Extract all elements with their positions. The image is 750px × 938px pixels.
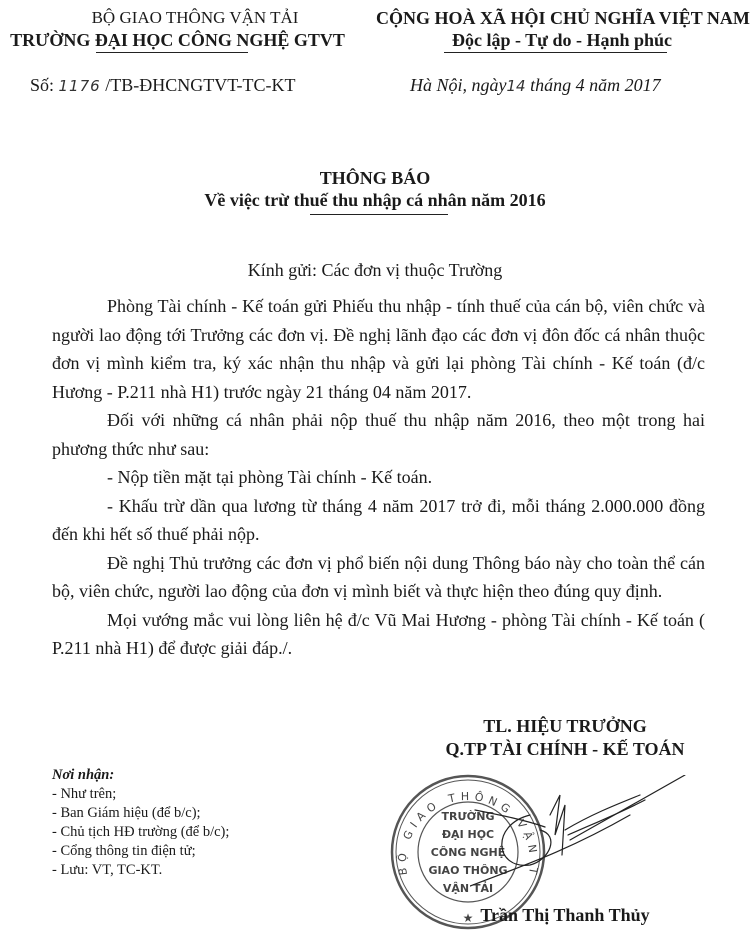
date-prefix: Hà Nội, ngày [410, 75, 507, 95]
paragraph-3: Đề nghị Thủ trưởng các đơn vị phổ biến n… [52, 549, 705, 606]
recipient-item: - Cổng thông tin điện tử; [52, 842, 229, 861]
signature-title-1: TL. HIỆU TRƯỞNG [395, 716, 735, 737]
paragraph-1: Phòng Tài chính - Kế toán gửi Phiếu thu … [52, 292, 705, 406]
doc-number-handwritten: 1176 [59, 77, 101, 95]
subtitle-divider [310, 214, 448, 215]
recipients-list: Nơi nhận: - Như trên; - Ban Giám hiệu (đ… [52, 766, 229, 880]
paragraph-2: Đối với những cá nhân phải nộp thuế thu … [52, 406, 705, 463]
header-right-divider [444, 52, 667, 53]
signature-title-2: Q.TP TÀI CHÍNH - KẾ TOÁN [395, 739, 735, 760]
recipient-item: - Ban Giám hiệu (để b/c); [52, 804, 229, 823]
header-left-divider [96, 52, 248, 53]
recipient-item: - Như trên; [52, 785, 229, 804]
payment-method-2: - Khấu trừ dần qua lương từ tháng 4 năm … [52, 492, 705, 549]
doc-number-prefix: Số: [30, 75, 59, 95]
recipient-item: - Lưu: VT, TC-KT. [52, 861, 229, 880]
recipients-heading: Nơi nhận: [52, 766, 229, 785]
signer-name: Trần Thị Thanh Thủy [395, 905, 735, 926]
school-name: TRƯỜNG ĐẠI HỌC CÔNG NGHỆ GTVT [0, 30, 355, 51]
handwritten-signature [470, 775, 690, 890]
salutation: Kính gửi: Các đơn vị thuộc Trường [0, 260, 750, 281]
national-motto: Độc lập - Tự do - Hạnh phúc [376, 30, 748, 51]
document-title: THÔNG BÁO [0, 168, 750, 189]
document-date: Hà Nội, ngày14 tháng 4 năm 2017 [410, 75, 661, 96]
document-body: Phòng Tài chính - Kế toán gửi Phiếu thu … [52, 292, 705, 663]
date-month-year: tháng 4 năm 2017 [526, 75, 661, 95]
document-subtitle: Về việc trừ thuế thu nhập cá nhân năm 20… [0, 190, 750, 211]
date-day-handwritten: 14 [507, 77, 526, 95]
paragraph-4: Mọi vướng mắc vui lòng liên hệ đ/c Vũ Ma… [52, 606, 705, 663]
document-number: Số: 1176 /TB-ĐHCNGTVT-TC-KT [30, 75, 296, 96]
doc-number-suffix: /TB-ĐHCNGTVT-TC-KT [101, 75, 296, 95]
payment-method-1: - Nộp tiền mặt tại phòng Tài chính - Kế … [52, 463, 705, 492]
country-name: CỘNG HOÀ XÃ HỘI CHỦ NGHĨA VIỆT NAM [376, 8, 748, 29]
recipient-item: - Chủ tịch HĐ trường (để b/c); [52, 823, 229, 842]
ministry-name: BỘ GIAO THÔNG VẬN TẢI [55, 8, 335, 28]
